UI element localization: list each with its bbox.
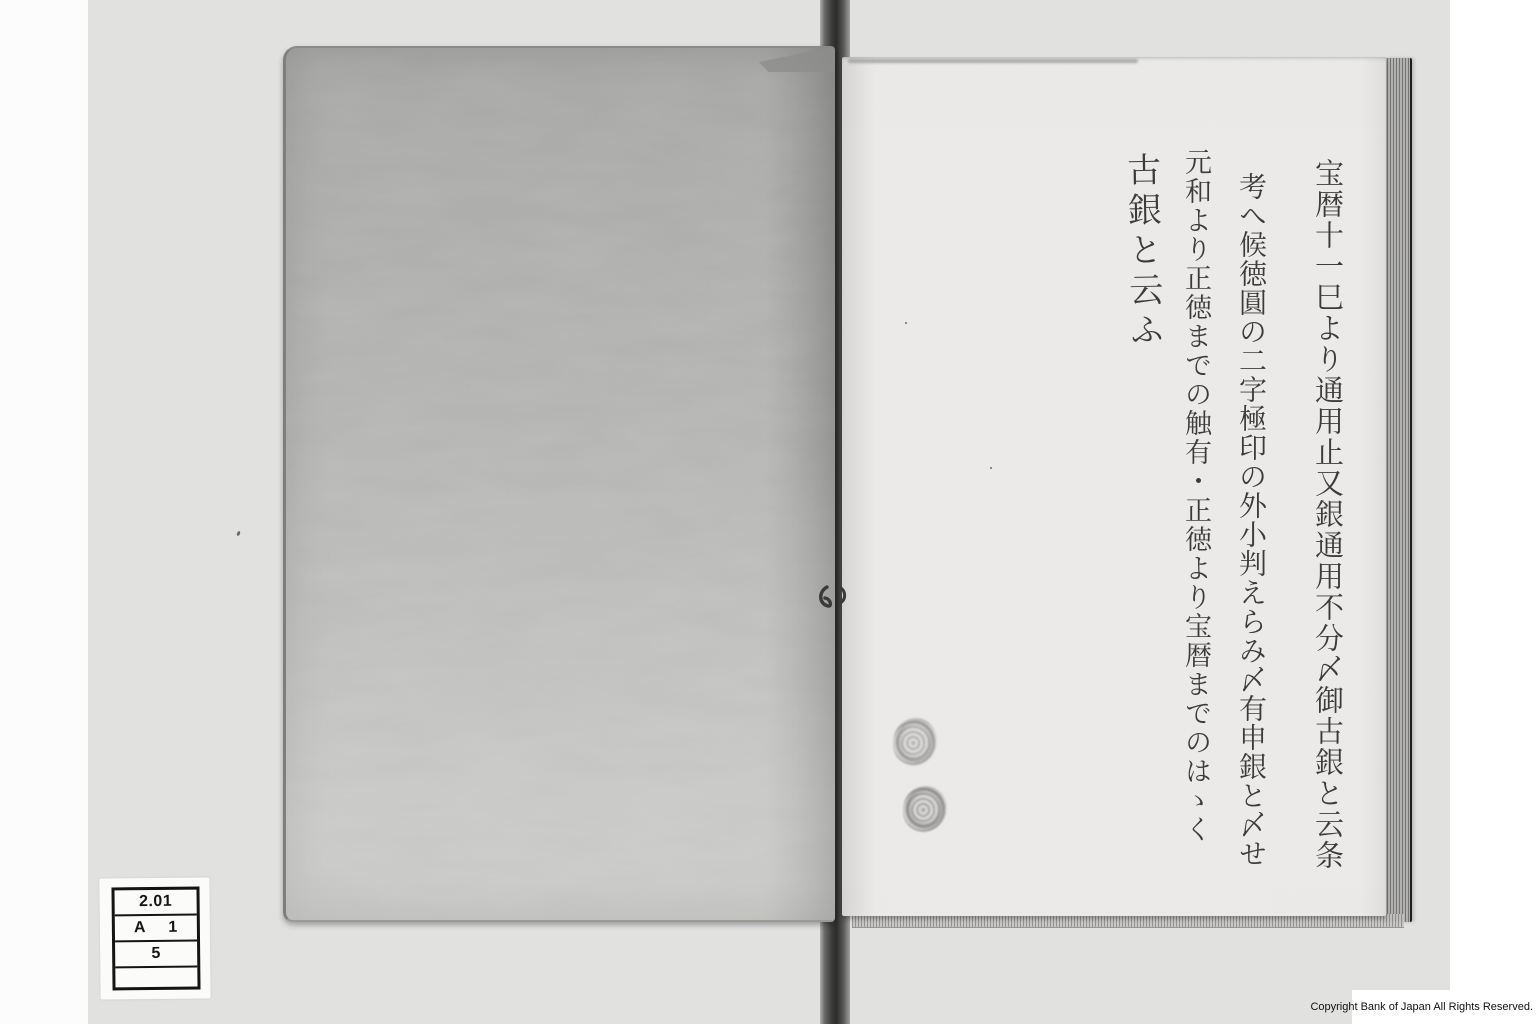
page-top-smudge — [848, 59, 1138, 63]
page-bottom-fringe — [852, 914, 1404, 928]
calligraphy-column-1: 宝暦十一巳より通用止又銀通用不分〆御古銀と云条 — [1296, 158, 1342, 878]
copyright-bar: Copyright Bank of Japan All Rights Reser… — [1352, 990, 1536, 1024]
shelf-label-row: 5 — [115, 940, 197, 967]
calligraphy-column-2: 考へ候徳圓の二字極印の外小判えらみ〆有申銀と〆せ — [1219, 172, 1265, 886]
left-page-shading — [286, 48, 835, 920]
shelf-label-table: 2.01 A 1 5 — [111, 887, 200, 991]
dust-speck — [236, 531, 241, 537]
copyright-notice: Copyright Bank of Japan All Rights Reser… — [1310, 1001, 1533, 1013]
calligraphy-column-4: 古銀と云ふ — [1113, 152, 1162, 453]
left-cover-page — [283, 46, 835, 922]
shelf-label-row — [115, 966, 197, 993]
shelf-label-row: 2.01 — [114, 890, 196, 915]
shelf-label-row: A 1 — [115, 914, 197, 941]
shelf-label-sticker: 2.01 A 1 5 — [99, 877, 210, 999]
scanner-margin-left — [0, 0, 88, 1024]
page-edge-stack — [1384, 58, 1412, 922]
scanner-margin-right — [1450, 0, 1536, 1024]
scanned-book-spread: 宝暦十一巳より通用止又銀通用不分〆御古銀と云条 考へ候徳圓の二字極印の外小判えら… — [0, 0, 1536, 1024]
calligraphy-column-3: 元和より正徳までの触有・正徳より宝暦までのはゝく — [1163, 148, 1209, 848]
dust-speck — [905, 322, 907, 324]
binding-thread-mark — [814, 584, 852, 614]
dust-speck — [990, 467, 992, 469]
